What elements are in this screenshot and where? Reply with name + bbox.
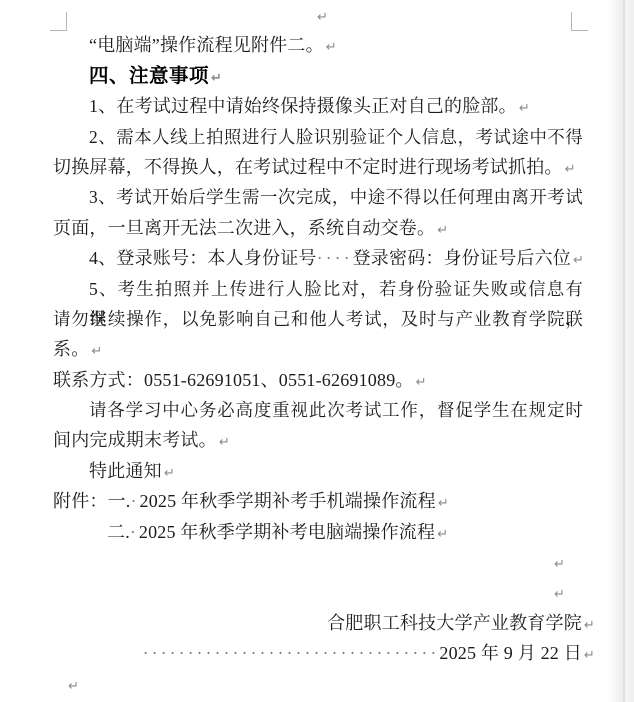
doc-line[interactable]: ↵ xyxy=(53,669,583,699)
doc-line[interactable]: 5、考生拍照并上传进行人脸比对，若身份验证失败或信息有误， xyxy=(53,274,583,304)
doc-line[interactable]: 页面，一旦离开无法二次进入，系统自动交卷。↵ xyxy=(53,213,583,243)
text-run: 登录密码：身份证号后六位 xyxy=(353,248,571,268)
section-heading[interactable]: 四、注意事项↵ xyxy=(53,61,583,91)
paragraph-mark-icon: ↵ xyxy=(517,101,530,116)
text-run: 请勿继续操作，以免影响自己和他人考试，及时与产业教育学院联 xyxy=(53,309,583,329)
paragraph-mark-icon: ↵ xyxy=(209,71,222,86)
doc-line[interactable]: ↵ xyxy=(53,577,583,607)
doc-line[interactable]: 切换屏幕，不得换人，在考试过程中不定时进行现场考试抓拍。↵ xyxy=(53,152,583,182)
doc-line[interactable]: 请勿继续操作，以免影响自己和他人考试，及时与产业教育学院联 xyxy=(53,304,583,334)
paragraph-mark-icon: ↵ xyxy=(582,648,595,663)
paragraph-mark-icon: ↵ xyxy=(552,587,565,602)
doc-line[interactable]: “电脑端”操作流程见附件二。↵ xyxy=(53,30,583,60)
text-run: 合肥职工科技大学产业教育学院 xyxy=(327,613,582,633)
doc-line[interactable]: 系。↵ xyxy=(53,334,583,364)
text-run: 3、考试开始后学生需一次完成，中途不得以任何理由离开考试 xyxy=(89,187,583,207)
doc-line[interactable]: 1、在考试过程中请始终保持摄像头正对自己的脸部。↵ xyxy=(53,91,583,121)
doc-line[interactable]: 请各学习中心务必高度重视此次考试工作，督促学生在规定时 xyxy=(53,395,583,425)
text-run: 请各学习中心务必高度重视此次考试工作，督促学生在规定时 xyxy=(89,400,583,420)
doc-line[interactable]: 合肥职工科技大学产业教育学院↵ xyxy=(53,608,595,638)
text-run: 附件：一. xyxy=(53,491,131,511)
doc-line[interactable]: 二.·2025 年秋季学期补考电脑端操作流程↵ xyxy=(53,517,583,547)
text-run: 2025 年 9 月 22 日 xyxy=(439,643,582,663)
text-run: 4、登录账号：本人身份证号 xyxy=(89,248,317,268)
text-run: 页面，一旦离开无法二次进入，系统自动交卷。 xyxy=(53,218,435,238)
document-body[interactable]: ↵“电脑端”操作流程见附件二。↵四、注意事项↵1、在考试过程中请始终保持摄像头正… xyxy=(53,0,583,699)
doc-line[interactable]: 4、登录账号：本人身份证号····登录密码：身份证号后六位↵ xyxy=(53,243,583,273)
paragraph-mark-icon: ↵ xyxy=(66,679,79,694)
space-formatting-marks: · xyxy=(130,522,139,542)
paragraph-mark-icon: ↵ xyxy=(552,557,565,572)
text-run: 联系方式：0551-62691051、0551-62691089。 xyxy=(53,370,414,390)
space-formatting-marks: · xyxy=(131,491,140,511)
text-run: 系。 xyxy=(53,339,89,359)
text-run: 间内完成期末考试。 xyxy=(53,430,217,450)
text-run: 二. xyxy=(107,522,130,542)
doc-line[interactable]: ·································2025 年 … xyxy=(53,638,595,668)
text-run: 1、在考试过程中请始终保持摄像头正对自己的脸部。 xyxy=(89,96,517,116)
text-run: 切换屏幕，不得换人，在考试过程中不定时进行现场考试抓拍。 xyxy=(53,157,563,177)
page-edge-shadow xyxy=(608,0,634,702)
text-run: 2025 年秋季学期补考电脑端操作流程 xyxy=(139,522,435,542)
space-formatting-marks: ································· xyxy=(143,643,440,663)
paragraph-mark-icon: ↵ xyxy=(217,435,230,450)
doc-line[interactable]: ↵ xyxy=(53,0,583,30)
doc-line[interactable]: ↵ xyxy=(53,547,583,577)
paragraph-mark-icon: ↵ xyxy=(571,253,584,268)
paragraph-mark-icon: ↵ xyxy=(89,344,102,359)
paragraph-mark-icon: ↵ xyxy=(436,496,449,511)
doc-line[interactable]: 特此通知↵ xyxy=(53,456,583,486)
document-page: ↵“电脑端”操作流程见附件二。↵四、注意事项↵1、在考试过程中请始终保持摄像头正… xyxy=(0,0,634,702)
paragraph-mark-icon: ↵ xyxy=(324,40,337,55)
text-run: “电脑端”操作流程见附件二。 xyxy=(89,35,324,55)
paragraph-mark-icon: ↵ xyxy=(162,466,175,481)
doc-line[interactable]: 2、需本人线上拍照进行人脸识别验证个人信息，考试途中不得 xyxy=(53,122,583,152)
text-run: 四、注意事项 xyxy=(89,64,209,87)
paragraph-mark-icon: ↵ xyxy=(582,618,595,633)
text-run: 2025 年秋季学期补考手机端操作流程 xyxy=(140,491,436,511)
paragraph-mark-icon: ↵ xyxy=(435,527,448,542)
doc-line[interactable]: 间内完成期末考试。↵ xyxy=(53,425,583,455)
paragraph-mark-icon: ↵ xyxy=(563,162,576,177)
doc-line[interactable]: 联系方式：0551-62691051、0551-62691089。↵ xyxy=(53,365,583,395)
text-run: 2、需本人线上拍照进行人脸识别验证个人信息，考试途中不得 xyxy=(89,127,583,147)
space-formatting-marks: ···· xyxy=(317,248,353,268)
doc-line[interactable]: 3、考试开始后学生需一次完成，中途不得以任何理由离开考试 xyxy=(53,182,583,212)
paragraph-mark-icon: ↵ xyxy=(315,10,328,25)
paragraph-mark-icon: ↵ xyxy=(414,375,427,390)
text-run: 特此通知 xyxy=(89,461,162,481)
doc-line[interactable]: 附件：一.·2025 年秋季学期补考手机端操作流程↵ xyxy=(53,486,583,516)
paragraph-mark-icon: ↵ xyxy=(435,223,448,238)
